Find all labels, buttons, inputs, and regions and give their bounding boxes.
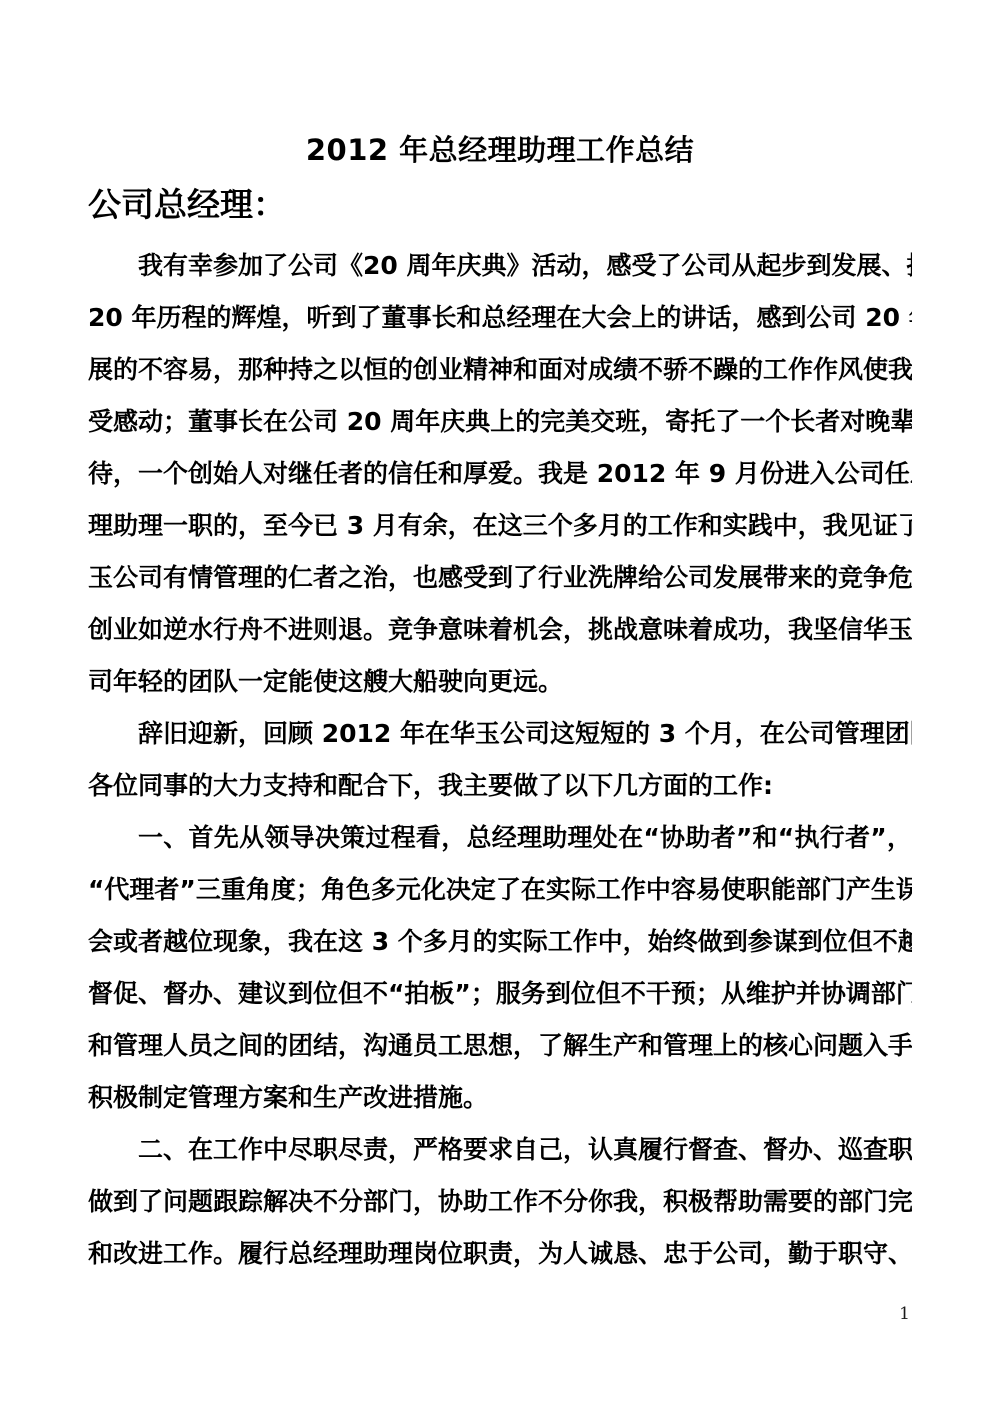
paragraph-line: 做到了问题跟踪解决不分部门，协助工作不分你我，积极帮助需要的部门完善 <box>88 1176 912 1228</box>
salutation-heading: 公司总经理： <box>88 187 912 223</box>
paragraph-line: 展的不容易，那种持之以恒的创业精神和面对成绩不骄不躁的工作作风使我深 <box>88 344 912 396</box>
paragraph: 一、首先从领导决策过程看，总经理助理处在“协助者”和“执行者”，“代理者”三重角… <box>88 812 912 1124</box>
paragraph-line: 辞旧迎新，回顾 2012 年在华玉公司这短短的 3 个月，在公司管理团队和 <box>88 708 912 760</box>
paragraph-line: 我有幸参加了公司《20 周年庆典》活动，感受了公司从起步到发展、拼搏 <box>88 240 912 292</box>
paragraph-line: 二、在工作中尽职尽责，严格要求自己，认真履行督查、督办、巡查职责， <box>88 1124 912 1176</box>
paragraph-line: 理助理一职的，至今已 3 月有余，在这三个多月的工作和实践中，我见证了华 <box>88 500 912 552</box>
paragraph-line: 司年轻的团队一定能使这艘大船驶向更远。 <box>88 656 912 708</box>
document-page: 2012 年总经理助理工作总结 公司总经理： 我有幸参加了公司《20 周年庆典》… <box>0 0 1000 1415</box>
paragraph-line: 一、首先从领导决策过程看，总经理助理处在“协助者”和“执行者”， <box>88 812 912 864</box>
paragraph-line: 受感动；董事长在公司 20 周年庆典上的完美交班，寄托了一个长者对晚辈的期 <box>88 396 912 448</box>
document-content: 2012 年总经理助理工作总结 公司总经理： 我有幸参加了公司《20 周年庆典》… <box>0 0 1000 1280</box>
paragraph-line: 玉公司有情管理的仁者之治，也感受到了行业洗牌给公司发展带来的竞争危机， <box>88 552 912 604</box>
paragraph: 二、在工作中尽职尽责，严格要求自己，认真履行督查、督办、巡查职责，做到了问题跟踪… <box>88 1124 912 1280</box>
paragraph: 我有幸参加了公司《20 周年庆典》活动，感受了公司从起步到发展、拼搏20 年历程… <box>88 240 912 708</box>
document-title: 2012 年总经理助理工作总结 <box>88 134 912 167</box>
paragraph-line: 和管理人员之间的团结，沟通员工思想，了解生产和管理上的核心问题入手， <box>88 1020 912 1072</box>
paragraph: 辞旧迎新，回顾 2012 年在华玉公司这短短的 3 个月，在公司管理团队和各位同… <box>88 708 912 812</box>
paragraph-line: 各位同事的大力支持和配合下，我主要做了以下几方面的工作: <box>88 760 912 812</box>
paragraph-line: 20 年历程的辉煌，听到了董事长和总经理在大会上的讲话，感到公司 20 年发 <box>88 292 912 344</box>
paragraph-line: 督促、督办、建议到位但不“拍板”；服务到位但不干预；从维护并协调部门 <box>88 968 912 1020</box>
paragraph-line: 待，一个创始人对继任者的信任和厚爱。我是 2012 年 9 月份进入公司任总经 <box>88 448 912 500</box>
paragraph-line: 积极制定管理方案和生产改进措施。 <box>88 1072 912 1124</box>
paragraph-line: 创业如逆水行舟不进则退。竞争意味着机会，挑战意味着成功，我坚信华玉公 <box>88 604 912 656</box>
paragraph-line: “代理者”三重角度；角色多元化决定了在实际工作中容易使职能部门产生误 <box>88 864 912 916</box>
paragraph-line: 和改进工作。履行总经理助理岗位职责，为人诚恳、忠于公司，勤于职守、胜 <box>88 1228 912 1280</box>
page-number-footer: 1 <box>899 1304 910 1324</box>
paragraph-line: 会或者越位现象，我在这 3 个多月的实际工作中，始终做到参谋到位但不越位： <box>88 916 912 968</box>
document-body: 我有幸参加了公司《20 周年庆典》活动，感受了公司从起步到发展、拼搏20 年历程… <box>88 240 912 1280</box>
